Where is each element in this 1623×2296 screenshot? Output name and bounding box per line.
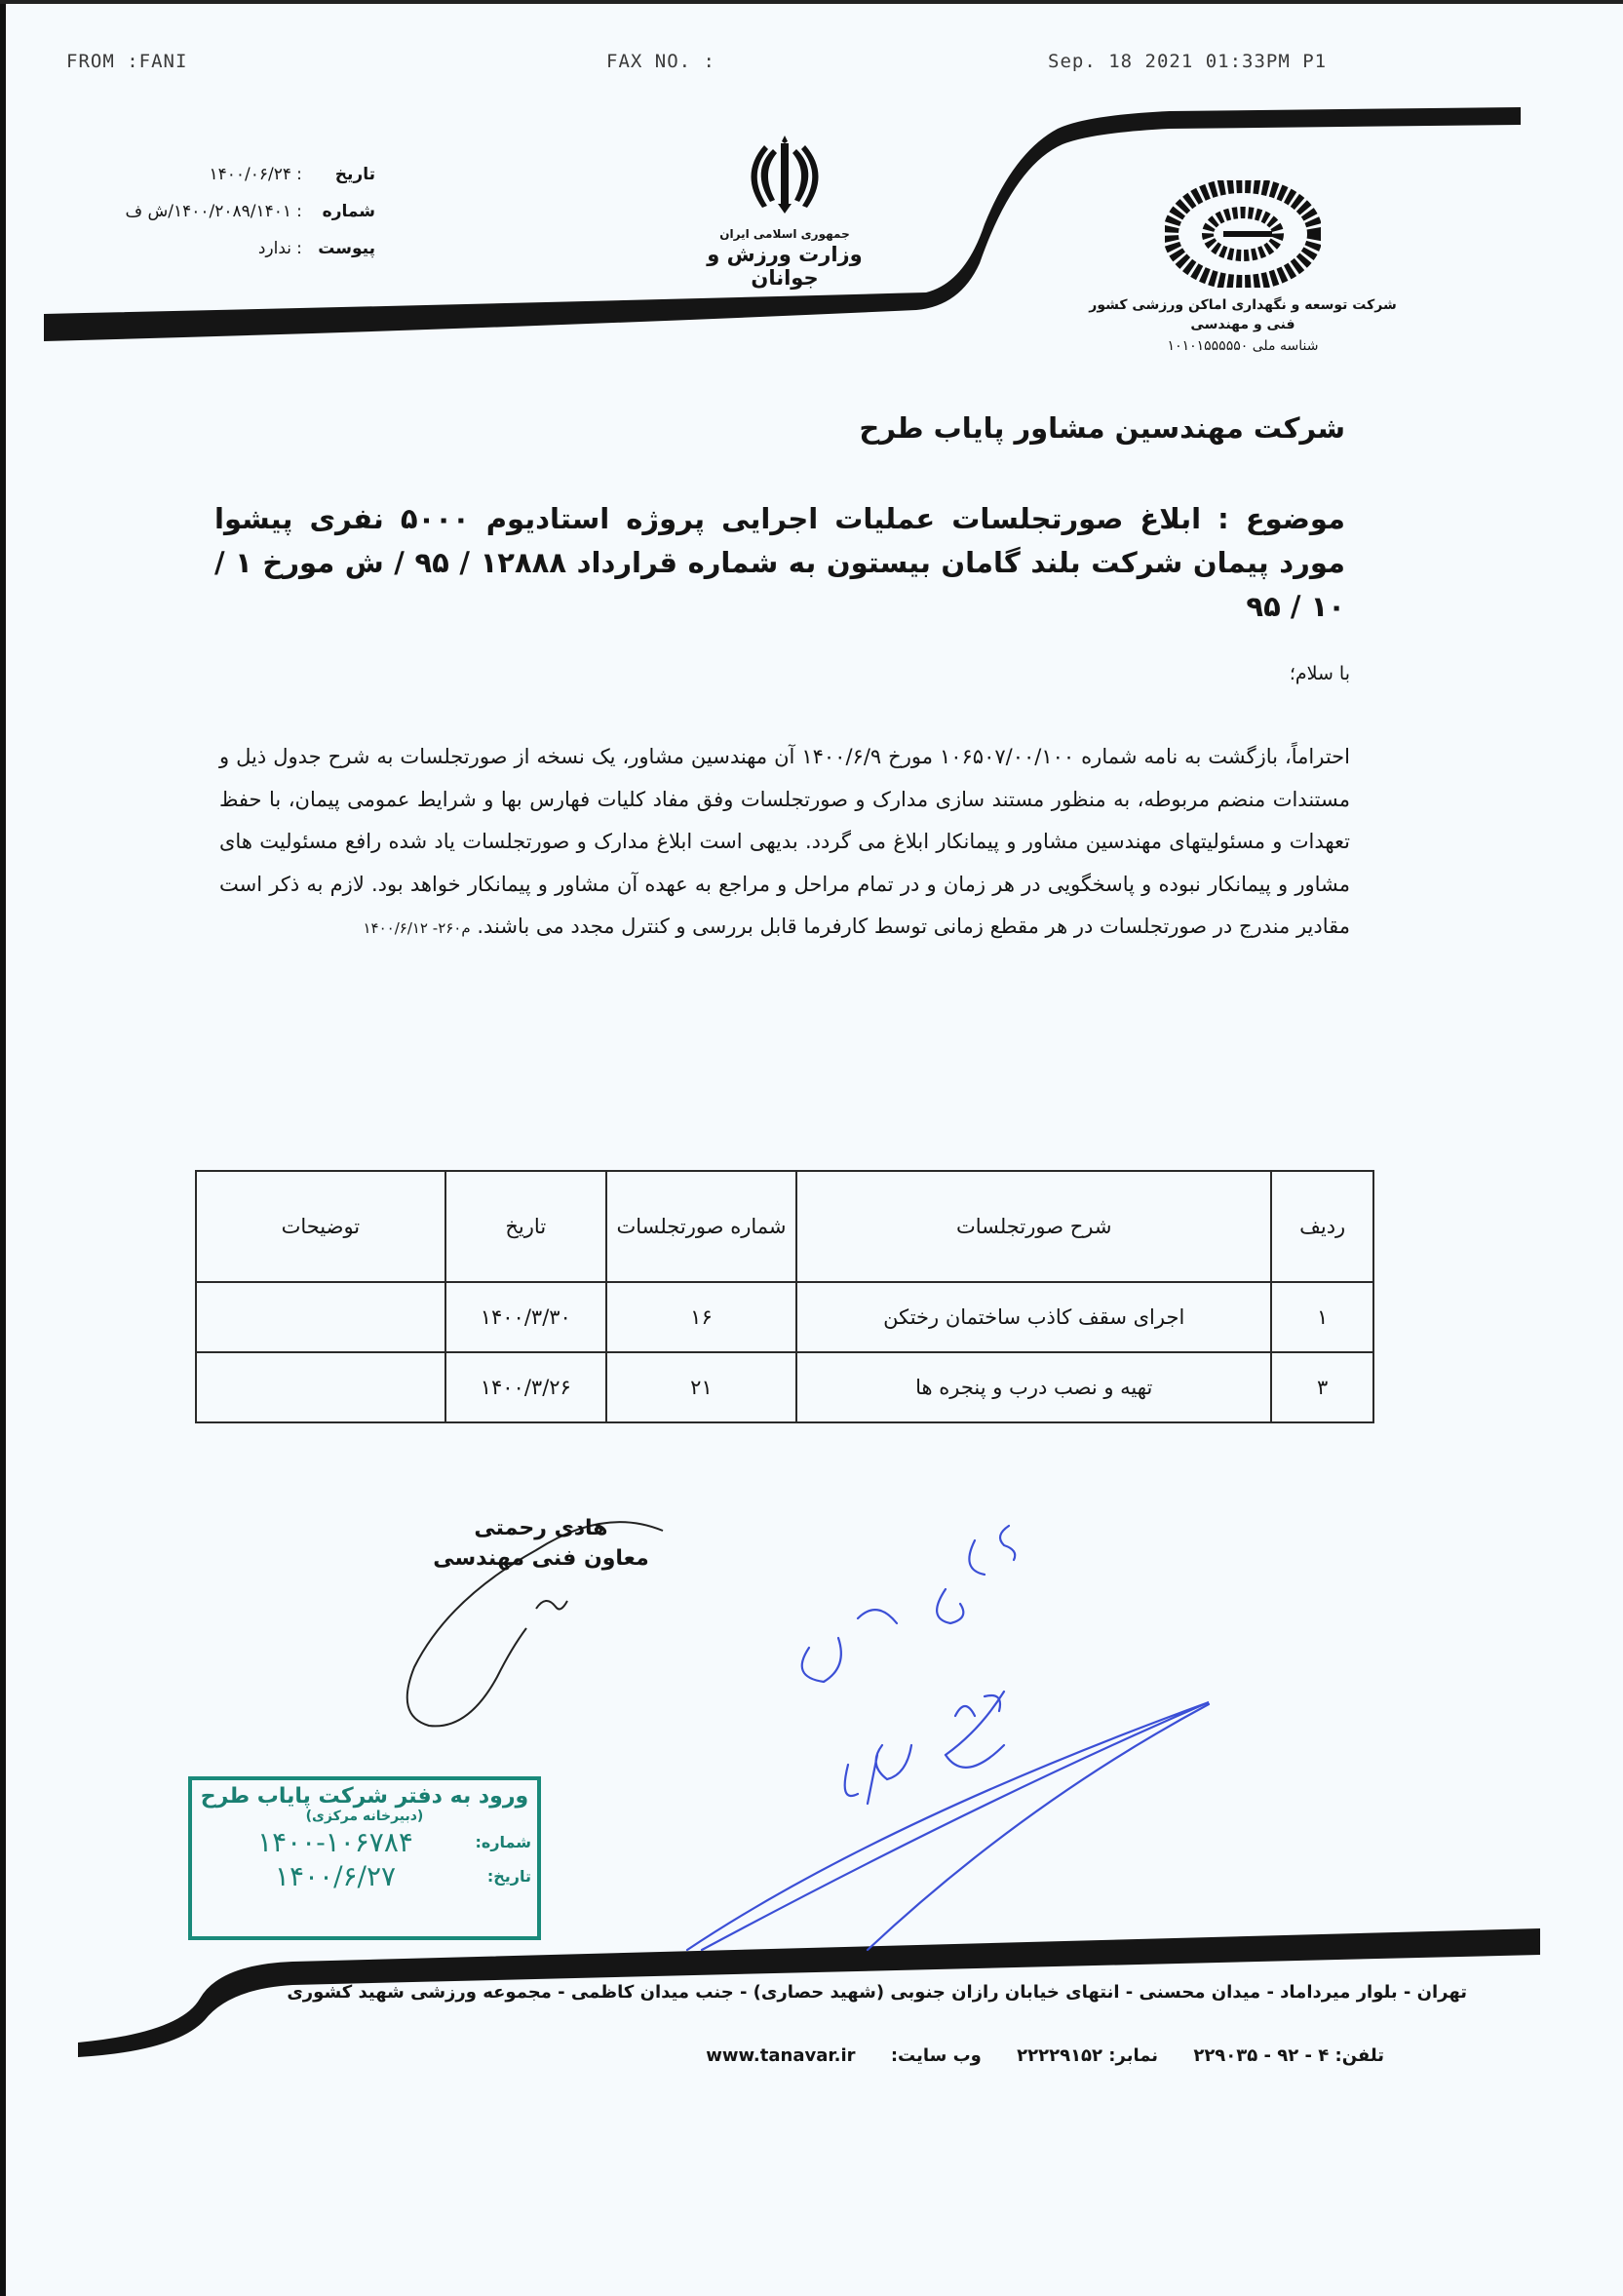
footer-fax: نمابر: ۲۲۲۲۹۱۵۲ bbox=[1017, 2045, 1158, 2066]
footer-contact: تلفن: ۴ - ۹۲ - ۲۲۹۰۳۵ نمابر: ۲۲۲۲۹۱۵۲ وب… bbox=[676, 2045, 1384, 2066]
stamp-number-label: شماره: bbox=[473, 1833, 531, 1851]
footer-phone: تلفن: ۴ - ۹۲ - ۲۲۹۰۳۵ bbox=[1193, 2045, 1384, 2066]
stamp-number-row: شماره: ۱۴۰۰-۱۰۶۷۸۴ bbox=[198, 1826, 531, 1858]
footer-website-label: وب سایت: bbox=[891, 2045, 982, 2066]
receipt-stamp: ورود به دفتر شرکت پایاب طرح (دبیرخانه مر… bbox=[188, 1776, 541, 1940]
stamp-number-value: ۱۴۰۰-۱۰۶۷۸۴ bbox=[198, 1826, 473, 1858]
stamp-date-row: تاریخ: ۱۴۰۰/۶/۲۷ bbox=[198, 1860, 531, 1892]
stamp-date-label: تاریخ: bbox=[473, 1867, 531, 1886]
stamp-subtitle: (دبیرخانه مرکزی) bbox=[198, 1809, 531, 1824]
handwritten-annotation bbox=[0, 0, 1623, 2296]
footer-address: تهران - بلوار میرداماد - میدان محسنی - ا… bbox=[287, 1979, 1467, 2006]
stamp-title: ورود به دفتر شرکت پایاب طرح bbox=[198, 1784, 531, 1809]
footer-website-link[interactable]: www.tanavar.ir bbox=[706, 2045, 855, 2066]
stamp-date-value: ۱۴۰۰/۶/۲۷ bbox=[198, 1860, 473, 1892]
